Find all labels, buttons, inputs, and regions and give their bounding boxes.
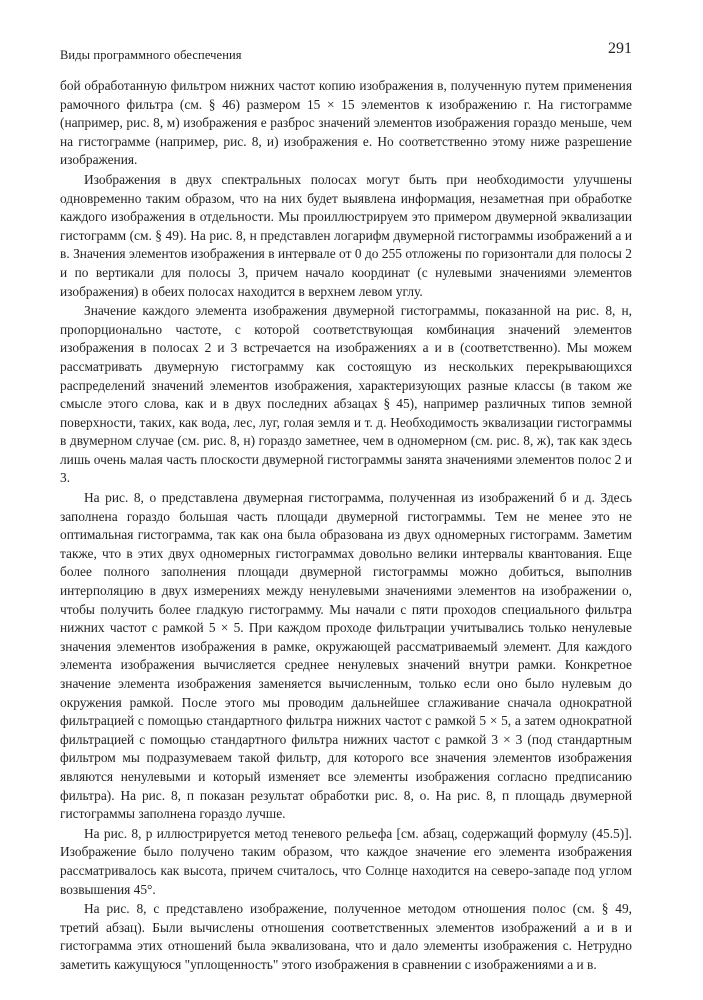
paragraph-6: На рис. 8, с представлено изображение, п… <box>60 900 632 974</box>
paragraph-1: бой обработанную фильтром нижних частот … <box>60 77 632 170</box>
page-number: 291 <box>608 40 632 58</box>
page-header: Виды программного обеспечения 291 <box>60 40 632 62</box>
paragraph-2: Изображения в двух спектральных полосах … <box>60 171 632 301</box>
running-title: Виды программного обеспечения <box>60 48 242 63</box>
paragraph-4: На рис. 8, о представлена двумерная гист… <box>60 489 632 824</box>
paragraph-5: На рис. 8, р иллюстрируется метод тенево… <box>60 825 632 899</box>
body-text: бой обработанную фильтром нижних частот … <box>60 77 632 975</box>
paragraph-3: Значение каждого элемента изображения дв… <box>60 302 632 488</box>
